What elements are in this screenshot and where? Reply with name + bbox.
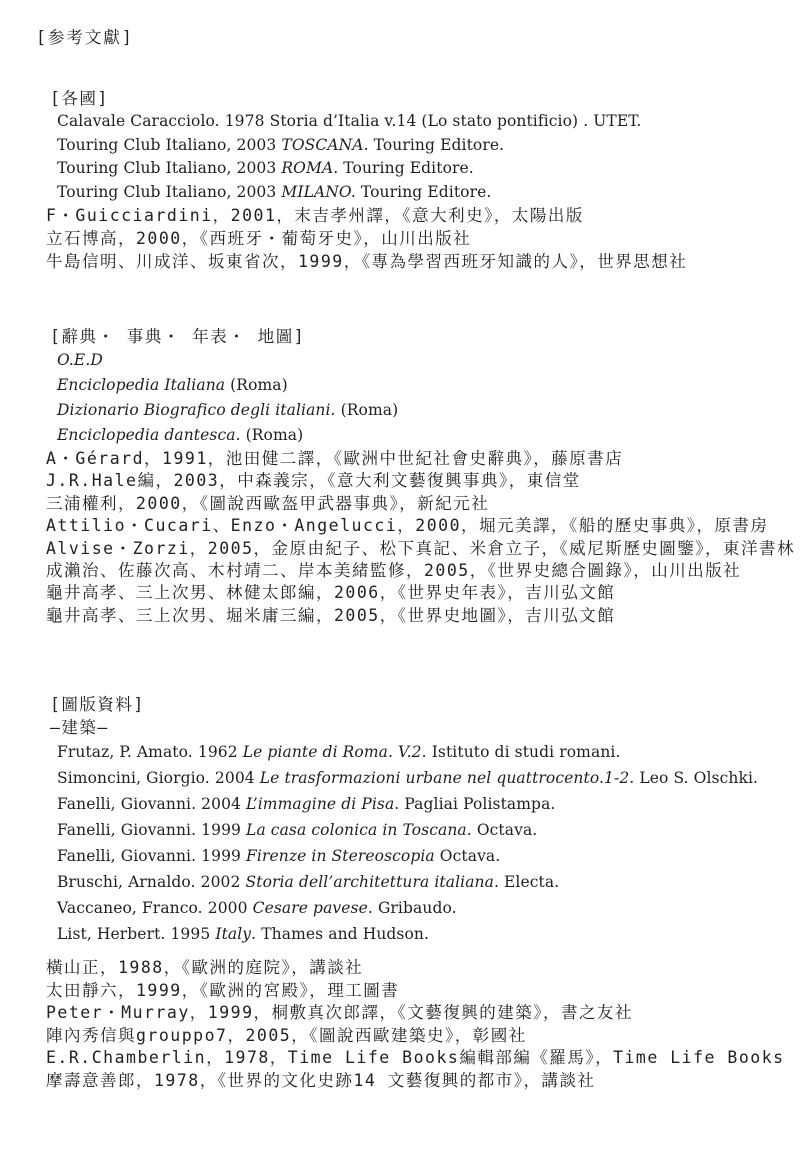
bib-entry: 成瀨治、佐藤次高、木村靖二、岸本美緒監修，2005，《世界史總合圖錄》，山川出版… xyxy=(46,560,772,582)
entry-text: 牛島信明、川成洋、坂東省次，1999，《專為學習西班牙知識的人》，世界思想社 xyxy=(46,252,687,271)
bib-entry: 立石博高，2000，《西班牙・葡萄牙史》，山川出版社 xyxy=(46,227,772,250)
entry-text: . Electa. xyxy=(494,873,559,891)
book-title: Le trasformazioni urbane nel quattrocent… xyxy=(260,769,635,787)
bib-entry: A・Gérard，1991，池田健二譯，《歐洲中世紀社會史辭典》，藤原書店 xyxy=(46,448,772,470)
bib-entry: Vaccaneo, Franco. 2000 Cesare pavese. Gr… xyxy=(57,895,772,921)
book-title: O.E.D xyxy=(57,351,103,369)
book-title: Cesare pavese xyxy=(253,899,368,917)
entry-text: Istituto di studi romani. xyxy=(427,743,621,761)
entry-text: Touring Editore. xyxy=(338,159,474,177)
book-title: TOSCANA. xyxy=(281,136,368,154)
book-title: Storia dell’architettura italiana xyxy=(246,873,494,891)
entry-text: Simoncini, Giorgio. 2004 xyxy=(57,769,260,787)
entry-text: (Roma) xyxy=(241,426,304,444)
entry-text: 成瀨治、佐藤次高、木村靖二、岸本美緒監修，2005，《世界史總合圖錄》，山川出版… xyxy=(46,561,741,580)
bib-entry: F・Guicciardini，2001，末吉孝州譯，《意大利史》，太陽出版 xyxy=(46,204,772,227)
book-title: Le piante di Roma. V.2. xyxy=(243,743,427,761)
section-heading: [辭典・ 事典・ 年表・ 地圖] xyxy=(50,325,772,348)
entry-text: Alvise・Zorzi，2005，金原由紀子、松下真記、米倉立子，《威尼斯歷史… xyxy=(46,539,795,558)
bib-entry: 龜井高孝、三上次男、林健太郎編，2006，《世界史年表》，吉川弘文館 xyxy=(46,582,772,604)
bib-entry: J.R.Hale編，2003，中森義宗，《意大利文藝復興事典》，東信堂 xyxy=(46,470,772,492)
bib-entry: Enciclopedia dantesca. (Roma) xyxy=(57,423,772,448)
section-heading: [各國] xyxy=(50,87,772,110)
entry-text: Touring Club Italiano, 2003 xyxy=(57,136,281,154)
book-title: Enciclopedia Italiana xyxy=(57,376,225,394)
bib-entry: Fanelli, Giovanni. 2004 L’immagine di Pi… xyxy=(57,791,772,817)
book-title: Enciclopedia dantesca. xyxy=(57,426,241,444)
entry-text: 三浦權利，2000，《圖說西歐盔甲武器事典》，新紀元社 xyxy=(46,494,489,513)
entry-text: 太田靜六，1999，《歐洲的宮殿》，理工圖書 xyxy=(46,981,399,1000)
entry-text: Frutaz, P. Amato. 1962 xyxy=(57,743,243,761)
section-subheading: ―建築― xyxy=(50,716,772,739)
entry-text: List, Herbert. 1995 xyxy=(57,925,215,943)
entry-text: 龜井高孝、三上次男、堀米庸三編，2005，《世界史地圖》，吉川弘文館 xyxy=(46,606,615,625)
bibliography-page: [参考文獻] [各國]Calavale Caracciolo. 1978 Sto… xyxy=(0,0,800,1169)
entry-text: Attilio・Cucari、Enzo・Angelucci，2000，堀元美譯，… xyxy=(46,516,769,535)
book-title: MILANO. xyxy=(281,183,355,201)
bib-entry: Touring Club Italiano, 2003 MILANO. Tour… xyxy=(57,181,772,205)
bib-entry: Touring Club Italiano, 2003 ROMA. Tourin… xyxy=(57,157,772,181)
entry-text: Calavale Caracciolo. 1978 Storia d’Itali… xyxy=(57,112,641,130)
sections: [各國]Calavale Caracciolo. 1978 Storia d’I… xyxy=(36,87,772,1092)
book-title: ROMA. xyxy=(281,159,338,177)
bib-entry: Touring Club Italiano, 2003 TOSCANA. Tou… xyxy=(57,134,772,158)
entry-text: A・Gérard，1991，池田健二譯，《歐洲中世紀社會史辭典》，藤原書店 xyxy=(46,449,623,468)
entry-text: . Gribaudo. xyxy=(368,899,457,917)
entry-text: E.R.Chamberlin，1978，Time Life Books編輯部編《… xyxy=(46,1048,785,1067)
entry-text: Touring Club Italiano, 2003 xyxy=(57,159,281,177)
entry-text: . Pagliai Polistampa. xyxy=(394,795,555,813)
bib-entry: 太田靜六，1999，《歐洲的宮殿》，理工圖書 xyxy=(46,980,772,1003)
section-countries: [各國]Calavale Caracciolo. 1978 Storia d’I… xyxy=(36,87,772,273)
entry-text: Leo S. Olschki. xyxy=(634,769,758,787)
bib-entry: Fanelli, Giovanni. 1999 La casa colonica… xyxy=(57,817,772,843)
bib-entry: List, Herbert. 1995 Italy. Thames and Hu… xyxy=(57,921,772,947)
book-title: La casa colonica in Toscana xyxy=(246,821,467,839)
section-dictionaries: [辭典・ 事典・ 年表・ 地圖]O.E.DEnciclopedia Italia… xyxy=(36,325,772,627)
bib-entry: Dizionario Biografico degli italiani. (R… xyxy=(57,398,772,423)
entry-text: Fanelli, Giovanni. 2004 xyxy=(57,795,246,813)
bib-entry: 橫山正，1988，《歐洲的庭院》，講談社 xyxy=(46,957,772,980)
bib-entry: O.E.D xyxy=(57,348,772,373)
entry-text: Fanelli, Giovanni. 1999 xyxy=(57,847,246,865)
bib-entry: Fanelli, Giovanni. 1999 Firenze in Stere… xyxy=(57,843,772,869)
entry-text: 陣內秀信與grouppo7，2005，《圖說西歐建築史》，彰國社 xyxy=(46,1026,527,1045)
bib-entry: E.R.Chamberlin，1978，Time Life Books編輯部編《… xyxy=(46,1047,772,1070)
entry-text: J.R.Hale編，2003，中森義宗，《意大利文藝復興事典》，東信堂 xyxy=(46,471,581,490)
entry-text: (Roma) xyxy=(225,376,288,394)
page-title: [参考文獻] xyxy=(36,26,772,50)
entry-text: 橫山正，1988，《歐洲的庭院》，講談社 xyxy=(46,958,363,977)
bib-entry: 牛島信明、川成洋、坂東省次，1999，《專為學習西班牙知識的人》，世界思想社 xyxy=(46,250,772,273)
bib-entry: 陣內秀信與grouppo7，2005，《圖說西歐建築史》，彰國社 xyxy=(46,1025,772,1048)
entry-text: . Octava. xyxy=(467,821,538,839)
bib-entry: Calavale Caracciolo. 1978 Storia d’Itali… xyxy=(57,110,772,134)
bib-entry: Peter・Murray，1999，桐敷真次郎譯，《文藝復興的建築》，書之友社 xyxy=(46,1002,772,1025)
entry-text: Touring Club Italiano, 2003 xyxy=(57,183,281,201)
bib-entry: 摩壽意善郎，1978，《世界的文化史跡14 文藝復興的都市》，講談社 xyxy=(46,1070,772,1093)
section-plates: [圖版資料]―建築―Frutaz, P. Amato. 1962 Le pian… xyxy=(36,693,772,1092)
bib-entry: Bruschi, Arnaldo. 2002 Storia dell’archi… xyxy=(57,869,772,895)
bib-entry: Frutaz, P. Amato. 1962 Le piante di Roma… xyxy=(57,739,772,765)
entry-text: Fanelli, Giovanni. 1999 xyxy=(57,821,246,839)
bib-entry: Enciclopedia Italiana (Roma) xyxy=(57,373,772,398)
bib-entry: 龜井高孝、三上次男、堀米庸三編，2005，《世界史地圖》，吉川弘文館 xyxy=(46,605,772,627)
entry-text: Peter・Murray，1999，桐敷真次郎譯，《文藝復興的建築》，書之友社 xyxy=(46,1003,633,1022)
entry-text: 龜井高孝、三上次男、林健太郎編，2006，《世界史年表》，吉川弘文館 xyxy=(46,583,615,602)
bib-entry: 三浦權利，2000，《圖說西歐盔甲武器事典》，新紀元社 xyxy=(46,493,772,515)
entry-text: Octava. xyxy=(435,847,501,865)
entry-text: Touring Editore. xyxy=(369,136,505,154)
entry-text: (Roma) xyxy=(336,401,399,419)
entry-text: . Thames and Hudson. xyxy=(251,925,429,943)
book-title: Dizionario Biografico degli italiani. xyxy=(57,401,336,419)
entry-text: 摩壽意善郎，1978，《世界的文化史跡14 文藝復興的都市》，講談社 xyxy=(46,1071,596,1090)
book-title: Firenze in Stereoscopia xyxy=(246,847,435,865)
entry-text: Vaccaneo, Franco. 2000 xyxy=(57,899,253,917)
entry-text: Touring Editore. xyxy=(356,183,492,201)
entry-text: F・Guicciardini，2001，末吉孝州譯，《意大利史》，太陽出版 xyxy=(46,206,584,225)
book-title: Italy xyxy=(215,925,251,943)
entry-text: 立石博高，2000，《西班牙・葡萄牙史》，山川出版社 xyxy=(46,229,471,248)
section-heading: [圖版資料] xyxy=(50,693,772,716)
bib-entry: Attilio・Cucari、Enzo・Angelucci，2000，堀元美譯，… xyxy=(46,515,772,537)
bib-entry: Alvise・Zorzi，2005，金原由紀子、松下真記、米倉立子，《威尼斯歷史… xyxy=(46,538,772,560)
book-title: L’immagine di Pisa xyxy=(246,795,394,813)
entry-text: Bruschi, Arnaldo. 2002 xyxy=(57,873,246,891)
bib-entry: Simoncini, Giorgio. 2004 Le trasformazio… xyxy=(57,765,772,791)
